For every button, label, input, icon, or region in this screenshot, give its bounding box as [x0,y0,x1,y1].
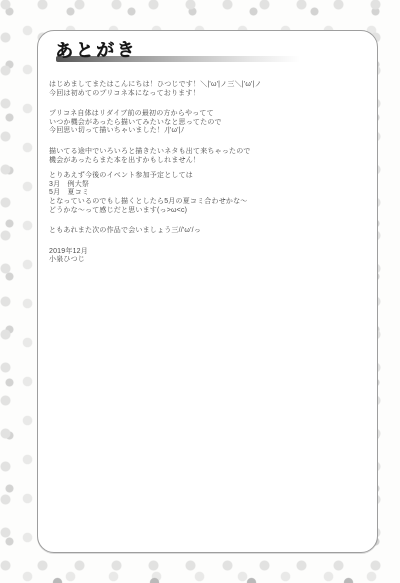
date-line: 2019年12月 [49,248,363,257]
afterword-body: はじめましてまたはこんにちは！ひつじです！＼|'ω'|ノ三＼|'ω'|ノ 今回は… [49,81,363,265]
text-line: どうかな～って感じだと思います(っ>ω<c) [49,207,363,216]
text-line: 5月 夏コミ [49,189,363,198]
text-line: 今回思い切って描いちゃいました！ﾉ|'ω'|ﾉ [49,127,363,136]
title-block: あとがき [55,39,363,69]
text-line: 今回は初めてのプリコネ本になっております！ [49,90,363,99]
text-line: 描いてる途中でいろいろと描きたいネタも出て来ちゃったので [49,148,363,157]
page-title: あとがき [55,35,137,62]
text-line: となっているのでもし描くとしたら5月の夏コミ合わせかな～ [49,198,363,207]
text-line: とりあえず今後のイベント参加予定としては [49,172,363,181]
afterword-panel: あとがき はじめましてまたはこんにちは！ひつじです！＼|'ω'|ノ三＼|'ω'|… [37,30,378,553]
text-line: ともあれまた次の作品で会いましょう三//'ω'/っ [49,227,363,236]
text-line: 機会があったらまた本を出すかもしれません！ [49,157,363,166]
text-line: 3月 例大祭 [49,181,363,190]
author-name: 小泉ひつじ [49,256,363,265]
text-line: はじめましてまたはこんにちは！ひつじです！＼|'ω'|ノ三＼|'ω'|ノ [49,81,363,90]
text-line: プリコネ自体はリダイブ前の最初の方からやってて [49,110,363,119]
